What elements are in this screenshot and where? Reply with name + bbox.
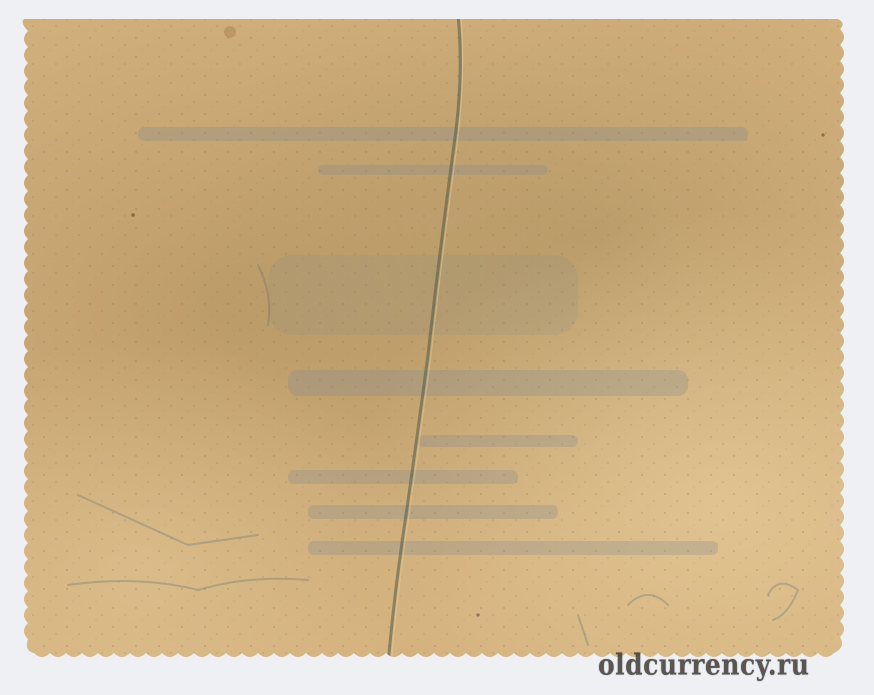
banknote-paper bbox=[18, 15, 850, 665]
site-watermark: oldcurrency.ru bbox=[598, 648, 809, 681]
banknote-reverse bbox=[18, 15, 850, 665]
